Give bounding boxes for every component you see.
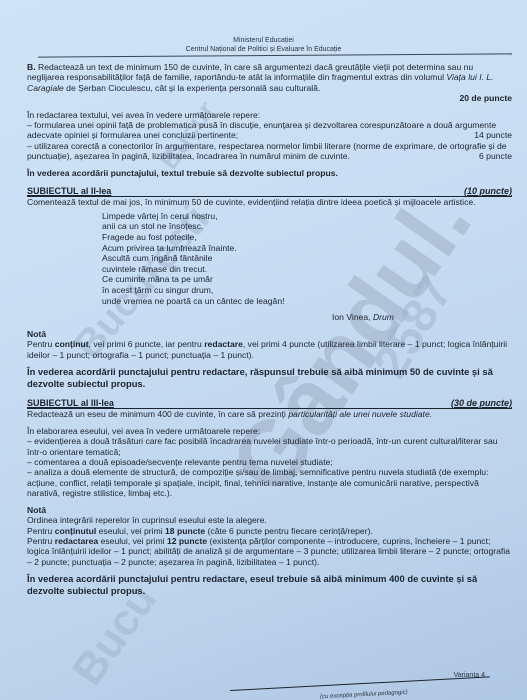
subject2-instruction: Comentează textul de mai jos, în minimum… — [27, 197, 512, 207]
page-header: Ministerul Educației Centrul Național de… — [0, 36, 527, 54]
partB-criterion-1: – formularea unei opinii față de problem… — [27, 120, 512, 141]
subject2-note: Pentru conținut, vei primi 6 puncte, iar… — [27, 339, 512, 360]
poem-line: în acest țărm cu singur drum, — [102, 285, 512, 296]
poem-line: Fragede au fost potecile, — [102, 232, 512, 243]
subject3-criteria-intro: În elaborarea eseului, vei avea în veder… — [27, 426, 512, 436]
subject2-note-title: Notă — [27, 329, 512, 339]
subject3-title: SUBIECTUL al III-lea — [27, 398, 114, 408]
subject3-requirement: În vederea acordării punctajului pentru … — [27, 573, 512, 597]
subject3-criterion-3: – analiza a două elemente de structură, … — [27, 467, 512, 498]
subject3-heading: SUBIECTUL al III-lea (30 de puncte) — [27, 398, 512, 409]
subject2-title: SUBIECTUL al II-lea — [27, 186, 111, 196]
subject3-criterion-2: – comentarea a două episoade/secvențe re… — [27, 457, 512, 467]
partB-prompt: B. Redactează un text de minimum 150 de … — [27, 62, 512, 93]
subject3-criterion-1: – evidențierea a două trăsături care fac… — [27, 436, 512, 457]
center-name: Centrul Național de Politici și Evaluare… — [0, 45, 527, 54]
exam-content: B. Redactează un text de minimum 150 de … — [27, 62, 512, 597]
subject3-instruction: Redactează un eseu de minimum 400 de cuv… — [27, 409, 512, 419]
partB-points: 20 de puncte — [27, 93, 512, 103]
exam-page: Bucuresti Bucur Gândul. 2587 Bucu Minist… — [0, 0, 527, 700]
ministry-name: Ministerul Educației — [0, 36, 527, 45]
partB-criteria-intro: În redactarea textului, vei avea în vede… — [27, 110, 512, 120]
subject3-note-content: Pentru conținutul eseului, vei primi 18 … — [27, 526, 512, 536]
subject2-heading: SUBIECTUL al II-lea (10 puncte) — [27, 186, 512, 197]
poem-line: Ascultă cum îngână fântânile — [102, 253, 512, 264]
footer-note: (cu excepția profilului pedagogic) — [320, 690, 408, 700]
poem-line: Acum privirea ta lumfnează înainte. — [102, 243, 512, 254]
footer-divider — [230, 676, 490, 691]
poem-line: unde vremea ne poartă ca un cântec de le… — [102, 296, 512, 307]
subject3-note-title: Notă — [27, 505, 512, 515]
subject2-requirement: În vederea acordării punctajului pentru … — [27, 366, 512, 390]
partB-requirement: În vederea acordării punctajului, textul… — [27, 168, 512, 178]
subject3-points: (30 de puncte) — [451, 398, 512, 408]
subject3-note-order: Ordinea integrării reperelor în cuprinsu… — [27, 515, 512, 525]
poem-line: cuvintele rămase din trecut. — [102, 264, 512, 275]
poem-author: Ion Vinea, Drum — [332, 312, 512, 323]
poem: Limpede vârtej în cerul nostru, anii ca … — [102, 211, 512, 323]
poem-line: Limpede vârtej în cerul nostru, — [102, 211, 512, 222]
subject2-points: (10 puncte) — [464, 186, 512, 196]
poem-line: Ce cuminte mâna ta pe umăr — [102, 274, 512, 285]
poem-line: anii ca un stol ne însoțesc. — [102, 221, 512, 232]
partB-criterion-2: – utilizarea corectă a conectorilor în a… — [27, 141, 512, 162]
subject3-note-redaction: Pentru redactarea eseului, vei primi 12 … — [27, 536, 512, 567]
